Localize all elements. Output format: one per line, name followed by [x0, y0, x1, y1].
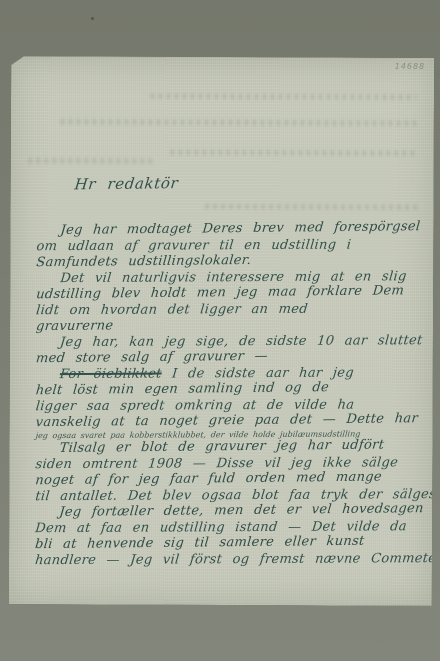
- handwritten-text: Tilsalg er blot de gravurer jeg har udfö…: [59, 438, 385, 456]
- handwritten-line: bli at henvende sig til samlere eller ku…: [34, 533, 432, 553]
- handwritten-line: noget af for jeg faar fuld orden med man…: [35, 469, 433, 489]
- handwritten-text: gravurerne: [35, 318, 114, 334]
- handwritten-line: udstilling blev holdt men jeg maa forkla…: [35, 283, 433, 303]
- bleed-through-smudge: [171, 150, 416, 156]
- background-speck: [91, 17, 94, 20]
- handwritten-text: bli at henvende sig til samlere eller ku…: [34, 534, 365, 552]
- handwritten-text: med store salg af gravurer —: [35, 349, 268, 366]
- bleed-through-smudge: [206, 204, 421, 210]
- catalog-number: 14688: [395, 62, 425, 71]
- handwritten-line: helt löst min egen samling ind og de: [35, 379, 433, 399]
- bleed-through-smudge: [151, 94, 416, 100]
- handwritten-text: I de sidste aar har jeg: [161, 366, 355, 382]
- bleed-through-smudge: [29, 158, 154, 164]
- handwritten-line: Samfundets udstillingslokaler.: [36, 251, 434, 271]
- handwritten-text: lidt om hvordan det ligger an med: [35, 302, 308, 318]
- handwritten-text: Jeg har modtaget Deres brev med forespör…: [60, 219, 421, 238]
- handwritten-text: handlere — Jeg vil först og fremst nævne…: [34, 551, 440, 568]
- salutation: Hr redaktör: [74, 174, 180, 193]
- handwritten-line: Jeg fortæller dette, men det er vel hove…: [34, 501, 432, 521]
- handwritten-line: Jeg har modtaget Deres brev med forespör…: [36, 219, 434, 239]
- letter-body: Jeg har modtaget Deres brev med forespör…: [35, 223, 433, 571]
- handwritten-line: vanskelig at ta noget greie paa det — De…: [35, 411, 433, 431]
- handwritten-text: Samfundets udstillingslokaler.: [36, 253, 252, 270]
- bleed-through-smudge: [61, 119, 416, 126]
- handwritten-text: helt löst min egen samling ind og de: [35, 380, 330, 398]
- handwritten-text: Jeg fortæller dette, men det er vel hove…: [59, 501, 440, 520]
- handwritten-line: Tilsalg er blot de gravurer jeg har udfö…: [35, 437, 433, 457]
- handwritten-text: noget af for jeg faar fuld orden med man…: [35, 470, 383, 489]
- handwritten-text: udstilling blev holdt men jeg maa forkla…: [35, 283, 404, 302]
- handwritten-line: gravurerne: [35, 315, 433, 335]
- handwritten-text: vanskelig at ta noget greie paa det — De…: [35, 411, 419, 430]
- handwritten-line: handlere — Jeg vil först og fremst nævne…: [34, 551, 432, 569]
- struck-out-text: For öieblikket: [59, 367, 162, 383]
- letter-page: 14688 Hr redaktör Jeg har modtaget Deres…: [9, 56, 434, 606]
- handwritten-line: med store salg af gravurer —: [35, 347, 433, 367]
